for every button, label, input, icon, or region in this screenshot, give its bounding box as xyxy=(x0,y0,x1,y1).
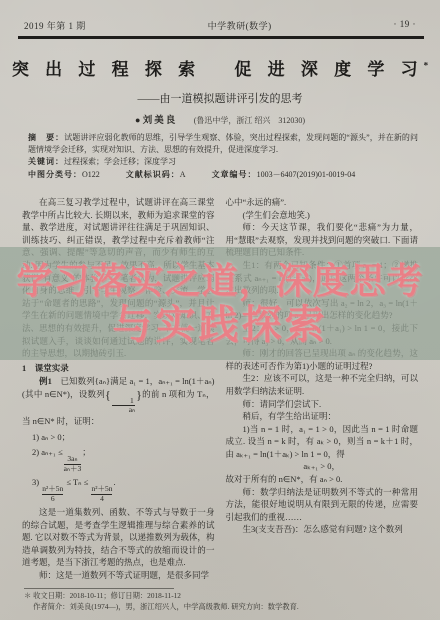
proof-item-1: 1) aₙ > 0； xyxy=(22,431,215,444)
header-rule xyxy=(18,36,424,39)
right-column: 心中“永远的痛”. (学生们会意地笑.) 师：今天这节课，我们要化“悲痛”为力量… xyxy=(226,196,419,582)
clc-value: O122 xyxy=(82,170,100,179)
fraction-numerator: n²＋5n xyxy=(91,485,112,494)
paragraph: (学生们会意地笑.) xyxy=(226,209,419,222)
fraction: 1aₙ xyxy=(112,397,135,415)
fraction: n²＋5n4 xyxy=(91,485,112,503)
running-head: 2019 年第 1 期 中学教研(数学) · 19 · xyxy=(24,19,416,32)
paragraph: 师：今天这节课，我们要化“悲痛”为力量，用“慧眼”去观察，发现并找到问题的突破口… xyxy=(226,221,419,259)
article-body: 在高三复习教学过程中，试题讲评在高三课堂教学中所占比较大. 长期以来，教师为追求… xyxy=(22,196,418,582)
doc-value: A xyxy=(180,170,186,179)
classification-row: 中图分类号：O122 文献标识码：A 文章编号：1003－6407(2019)0… xyxy=(28,169,418,181)
item-text: aₙ₊₁ ≤ xyxy=(41,447,62,457)
page-number: · 19 · xyxy=(393,19,416,32)
footnote-rule xyxy=(24,588,174,589)
footnote-star: ＊ xyxy=(24,591,31,600)
paragraph: 心中“永远的痛”. xyxy=(226,196,419,209)
footnote-dates: ＊ 收文日期：2018-10-11；修订日期：2018-11-12 xyxy=(24,591,418,602)
fraction: 3aₙaₙ＋3 xyxy=(64,455,82,473)
keywords: 关键词：过程探索；学会迁移；深度学习 xyxy=(28,156,418,168)
proof-item-2: 2) aₙ₊₁ ≤3aₙaₙ＋3； xyxy=(22,446,215,473)
paragraph: 在高三复习教学过程中，试题讲评在高三课堂教学中所占比较大. 长期以来，教师为追求… xyxy=(22,196,215,360)
centered-formula: aₖ₊₁ > 0， xyxy=(226,460,419,473)
item-number: 3) xyxy=(32,477,39,487)
author-bullet-icon: ● xyxy=(135,115,140,125)
clc-number: 中图分类号：O122 xyxy=(28,169,100,181)
article-subtitle: ——由一道模拟题讲评引发的思考 xyxy=(0,90,440,106)
paragraph: 1)当 n = 1 时，a₁ = 1 > 0，因此当 n = 1 时命题成立. … xyxy=(226,423,419,461)
proof-item-3: 3) n²＋5n6 ≤ Tₙ ≤ n²＋5n4. xyxy=(22,476,215,503)
fraction: n²＋5n6 xyxy=(42,485,63,503)
example-paragraph: 例1 已知数列{aₙ}满足 a₁ = 1，aₙ₊₁ = ln(1＋aₙ)(其中 … xyxy=(22,375,215,427)
paragraph: 生3(支支吾吾)：怎么感觉有问题? 这个数列 xyxy=(226,523,419,536)
item-number: 2) xyxy=(32,447,39,457)
footnote-bio: 作者简介：刘美良(1974—)，男，浙江绍兴人，中学高级教师. 研究方向：数学教… xyxy=(24,602,418,613)
keywords-label: 关键词： xyxy=(28,157,64,166)
paragraph: 师：数学归纳法是证明数列不等式的一种常用方法，能很好地说明从有限到无限的传递，应… xyxy=(226,486,419,524)
paragraph: 稍后，有学生给出证明： xyxy=(226,410,419,423)
brace-open: { xyxy=(105,388,111,402)
left-column: 在高三复习教学过程中，试题讲评在高三课堂教学中所占比较大. 长期以来，教师为追求… xyxy=(22,196,215,582)
journal-name: 中学教研(数学) xyxy=(208,19,272,32)
author-line: ● 刘美良 (鲁迅中学，浙江 绍兴 312030) xyxy=(0,112,440,126)
fraction-denominator: 6 xyxy=(42,494,63,504)
item-number: 1) xyxy=(32,432,39,442)
abstract: 摘 要：试题讲评应弱化教师的思维，引导学生观察、体验，突出过程探索，发现问题的“… xyxy=(28,132,418,156)
artno-value: 1003－6407(2019)01-0019-04 xyxy=(257,170,356,179)
footnote: ＊ 收文日期：2018-10-11；修订日期：2018-11-12 作者简介：刘… xyxy=(24,588,418,612)
footnote-dates-text: 收文日期：2018-10-11；修订日期：2018-11-12 xyxy=(33,591,181,600)
fraction-numerator: 1 xyxy=(112,397,135,406)
paragraph: 师：刚才的回答已呈现出项 aₙ 的变化趋势，这样的表述可否作为第1)小题的证明过… xyxy=(226,347,419,372)
keywords-text: 过程探索；学会迁移；深度学习 xyxy=(64,157,176,166)
clc-label: 中图分类号： xyxy=(28,170,82,179)
title-footnote-marker: * xyxy=(424,60,429,70)
author-name: 刘美良 xyxy=(143,116,178,126)
paragraph: 师：请同学们尝试下. xyxy=(226,398,419,411)
article-number: 文章编号：1003－6407(2019)01-0019-04 xyxy=(212,169,356,181)
fraction-denominator: 4 xyxy=(91,494,112,504)
article-title-text: 突 出 过 程 探 索 促 进 深 度 学 习 xyxy=(12,60,424,79)
paragraph: 师：这是一道数列不等式证明题，是很多同学 xyxy=(22,569,215,582)
artno-label: 文章编号： xyxy=(212,170,257,179)
fraction-numerator: n²＋5n xyxy=(42,485,63,494)
journal-page: 2019 年第 1 期 中学教研(数学) · 19 · 突 出 过 程 探 索 … xyxy=(0,0,440,620)
author-affiliation: (鲁迅中学，浙江 绍兴 312030) xyxy=(194,116,305,125)
section-heading-1: 1 课堂实录 xyxy=(22,362,215,375)
article-title: 突 出 过 程 探 索 促 进 深 度 学 习* xyxy=(0,55,440,80)
item-text: ≤ Tₙ ≤ xyxy=(66,477,88,487)
abstract-label: 摘 要： xyxy=(28,133,64,142)
paragraph: 生1：有两个已知条件：①首项 a₁ = 1；②递推关系式 aₙ₊₁ = ln(1… xyxy=(226,259,419,297)
article-meta: 摘 要：试题讲评应弱化教师的思维，引导学生观察、体验，突出过程探索，发现问题的“… xyxy=(28,132,418,181)
fraction-numerator: 3aₙ xyxy=(64,455,82,464)
doc-label: 文献标识码： xyxy=(126,170,180,179)
fraction-denominator: aₙ＋3 xyxy=(64,464,82,474)
item-tail: ； xyxy=(82,447,91,457)
fraction-denominator: aₙ xyxy=(112,405,135,415)
paragraph: 生2：a₁ > 0，a₂ = ln(1＋a₁) > ln 1 = 0，接此下去，… xyxy=(226,322,419,347)
paragraph: 故对于所有的 n∈N*，有 aₙ > 0. xyxy=(226,473,419,486)
paragraph: 这是一道集数列、函数、不等式与导数于一身的综合试题，是考查学生逻辑推理与综合素养… xyxy=(22,506,215,569)
paragraph: 师：很好，可以依次写出 a₂ = ln 2，a₃ = ln(1＋ln 2)——数… xyxy=(226,297,419,322)
abstract-text: 试题讲评应弱化教师的思维，引导学生观察、体验，突出过程探索，发现问题的“源头”，… xyxy=(28,133,418,154)
issue-label: 2019 年第 1 期 xyxy=(24,19,86,32)
example-label: 例1 xyxy=(39,376,52,386)
paragraph: 生2：应该不可以，这是一种不完全归纳，可以用数学归纳法来证明. xyxy=(226,372,419,397)
item-text: aₙ > 0； xyxy=(41,432,70,442)
document-code: 文献标识码：A xyxy=(126,169,186,181)
item-tail: . xyxy=(113,477,115,487)
